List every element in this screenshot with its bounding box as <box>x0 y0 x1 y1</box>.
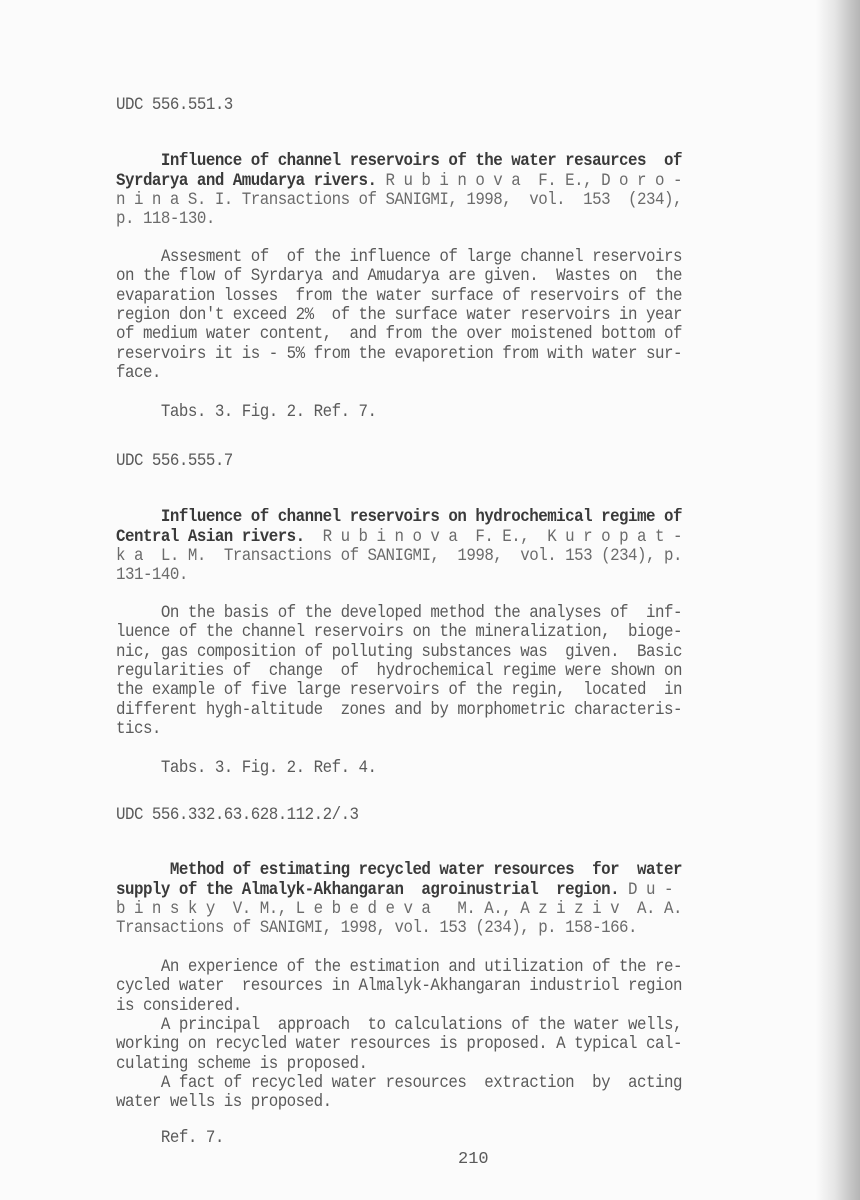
abstract-line: nic, gas composition of polluting substa… <box>116 643 682 662</box>
abstract-line: regularities of change of hydrochemical … <box>116 662 682 681</box>
abstract-line: the example of five large reservoirs of … <box>116 681 682 700</box>
page-number: 210 <box>458 1150 489 1169</box>
entry-citation: k a L. M. Transactions of SANIGMI, 1998,… <box>116 547 682 566</box>
entry-title-authors: Central Asian rivers. R u b i n o v a F.… <box>116 528 682 547</box>
abstract-line: cycled water resources in Almalyk-Akhang… <box>116 977 682 996</box>
abstract-line: luence of the channel reservoirs on the … <box>116 623 682 642</box>
entry-title: Influence of channel reservoirs on hydro… <box>116 508 682 527</box>
abstract-line: An experience of the estimation and util… <box>116 958 682 977</box>
abstract-line: water wells is proposed. <box>116 1093 332 1112</box>
abstract-line: of medium water content, and from the ov… <box>116 325 682 344</box>
abstract-line: Assesment of of the influence of large c… <box>116 248 682 267</box>
abstract-line: is considered. <box>116 997 242 1016</box>
entry-refs: Ref. 7. <box>116 1129 224 1148</box>
abstract-line: A fact of recycled water resources extra… <box>116 1074 682 1093</box>
entry-title: Influence of channel reservoirs of the w… <box>116 152 682 171</box>
abstract-line: tics. <box>116 720 161 739</box>
abstract-line: working on recycled water resources is p… <box>116 1035 682 1054</box>
abstract-line: different hygh-altitude zones and by mor… <box>116 701 682 720</box>
udc-code: UDC 556.332.63.628.112.2/.3 <box>116 806 359 825</box>
abstract-line: A principal approach to calculations of … <box>116 1016 682 1035</box>
abstract-line: region don't exceed 2% of the surface wa… <box>116 306 682 325</box>
entry-citation: Transactions of SANIGMI, 1998, vol. 153 … <box>116 919 637 938</box>
abstract-line: On the basis of the developed method the… <box>116 604 682 623</box>
entry-refs: Tabs. 3. Fig. 2. Ref. 7. <box>116 403 377 422</box>
entry-pages: 131-140. <box>116 566 188 585</box>
abstract-line: on the flow of Syrdarya and Amudarya are… <box>116 267 682 286</box>
entry-refs: Tabs. 3. Fig. 2. Ref. 4. <box>116 759 377 778</box>
entry-authors: b i n s k y V. M., L e b e d e v a M. A.… <box>116 900 682 919</box>
entry-title-authors: supply of the Almalyk-Akhangaran agroinu… <box>116 881 673 900</box>
abstract-line: face. <box>116 364 161 383</box>
entry-title-authors: Syrdarya and Amudarya rivers. R u b i n … <box>116 172 682 191</box>
udc-code: UDC 556.555.7 <box>116 452 233 471</box>
abstract-line: evaparation losses from the water surfac… <box>116 287 682 306</box>
entry-title: Method of estimating recycled water reso… <box>116 861 682 880</box>
udc-code: UDC 556.551.3 <box>116 96 233 115</box>
abstract-line: culating scheme is proposed. <box>116 1055 368 1074</box>
page-binding-shadow <box>816 0 860 1200</box>
entry-pages: p. 118-130. <box>116 210 215 229</box>
abstract-line: reservoirs it is - 5% from the evaporeti… <box>116 345 682 364</box>
entry-citation: n i n a S. I. Transactions of SANIGMI, 1… <box>116 191 682 210</box>
